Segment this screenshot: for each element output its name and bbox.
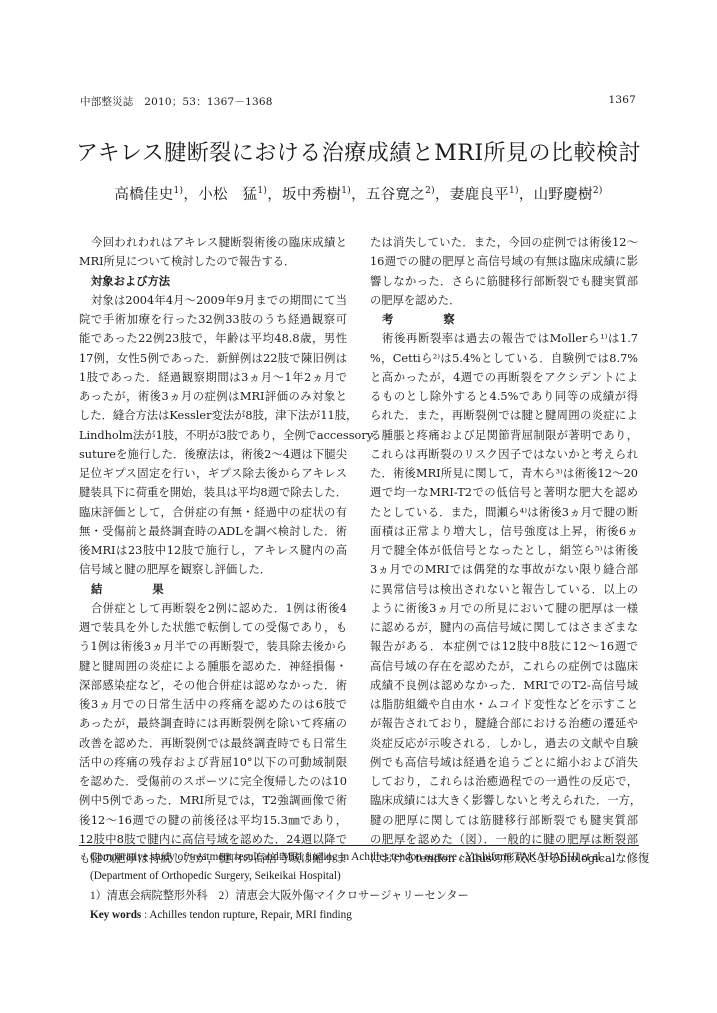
affiliation-marker: 2) (425, 186, 435, 196)
text-line: 臨床成績には大きく影響しないと考えられた．一方， (370, 791, 638, 810)
text-line: 能であった22例23肢で，年齢は平均48.8歳，男性 (79, 329, 347, 348)
text-line: 報告がある．本症例では12肢中8肢に12～16週で (370, 637, 638, 656)
results-continued-paragraph: たは消失していた．また，今回の症例では術後12～16週での腱の肥厚と高信号域の有… (370, 233, 638, 310)
section-heading-discussion: 考察 (370, 310, 638, 329)
methods-paragraph: 対象は2004年4月～2009年9月までの期間にて当院で手術加療を行った32例3… (79, 291, 347, 580)
text-line: 例中5例であった．MRI所見では，T2強調画像で術 (79, 791, 347, 810)
text-line: た．術後MRI所見に関して，青木ら³⁾は術後12～20 (370, 464, 638, 483)
author-name: 坂中秀樹 (282, 187, 341, 203)
text-line: 炎症反応が示唆される．しかし，過去の文献や自験 (370, 734, 638, 753)
text-line: 術後再断裂率は過去の報告ではMollerら¹⁾は1.7 (370, 329, 638, 348)
text-line: 無・受傷前と最終調査時のADLを調べ検討した．術 (79, 522, 347, 541)
running-head: 中部整災誌 2010；53：1367－1368 1367 (80, 94, 636, 109)
text-line: 面積は正常より増大し，信号強度は上昇，術後6ヵ (370, 522, 638, 541)
text-line: 腱と腱周囲の炎症による腫脹を認めた．神経損傷・ (79, 657, 347, 676)
text-line: 深部感染症など，その他合併症は認めなかった．術 (79, 676, 347, 695)
text-line: う1例は術後3ヵ月半での再断裂で，装具除去後から (79, 637, 347, 656)
text-line: 17例，女性5例であった．新鮮例は22肢で陳旧例は (79, 349, 347, 368)
author-separator: ， (519, 187, 534, 203)
journal-citation: 中部整災誌 2010；53：1367－1368 (80, 94, 273, 109)
section-heading-results: 結果 (79, 580, 347, 599)
discussion-paragraph: 術後再断裂率は過去の報告ではMollerら¹⁾は1.7%，Cettiら²⁾は5.… (370, 329, 638, 868)
text-line: 腱の肥厚に関しては筋腱移行部断裂でも腱実質部 (370, 811, 638, 830)
text-line: られた．また，再断裂例では腱と腱周囲の炎症によ (370, 406, 638, 425)
text-line: の肥厚を認めた（図）．一般的に腱の肥厚は断裂部 (370, 830, 638, 849)
article-title: アキレス腱断裂における治療成績とMRI所見の比較検討 (0, 136, 717, 167)
text-line: 後3ヵ月での日常生活中の疼痛を認めたのは6肢で (79, 695, 347, 714)
english-affiliation: (Department of Orthopedic Surgery, Seike… (90, 867, 647, 886)
page-number: 1367 (608, 94, 636, 109)
author-separator: ， (351, 187, 366, 203)
author-name: 小松 猛 (198, 187, 257, 203)
right-column: たは消失していた．また，今回の症例では術後12～16週での腱の肥厚と高信号域の有… (370, 233, 638, 868)
text-line: 対象は2004年4月～2009年9月までの期間にて当 (79, 291, 347, 310)
english-title: Comparative study of treatment result an… (90, 848, 647, 867)
text-line: る腫脹と疼痛および足関節背屈制限が著明であり， (370, 426, 638, 445)
heading-char-1: 結 (91, 583, 102, 596)
author-separator: ， (435, 187, 450, 203)
text-line: これらは再断裂のリスク因子ではないかと考えられ (370, 445, 638, 464)
text-line: 1肢であった．経過観察期間は3ヵ月～1年2ヵ月で (79, 368, 347, 387)
heading-char-2: 察 (443, 313, 454, 326)
text-line: 後12～16週での腱の前後径は平均15.3㎜であり， (79, 811, 347, 830)
author-separator: ， (183, 187, 198, 203)
text-line: ように術後3ヵ月での所見において腱の肥厚は一様 (370, 599, 638, 618)
author-name: 五谷寛之 (366, 187, 425, 203)
author-name: 山野慶樹 (534, 187, 593, 203)
text-line: 12肢中8肢で腱内に高信号域を認めた．24週以降で (79, 830, 347, 849)
text-line: 臨床評価として，合併症の有無・経過中の症状の有 (79, 503, 347, 522)
text-line: 週で均一なMRI-T2での低信号と著明な肥大を認め (370, 483, 638, 502)
affiliation-marker: 2) (593, 186, 603, 196)
affiliations: 1）清恵会病院整形外科 2）清恵会大阪外傷マイクロサージャリーセンター (90, 887, 647, 906)
text-line: sutureを施行した．後療法は，術後2～4週は下腿尖 (79, 445, 347, 464)
heading-text: 対象および方法 (91, 275, 170, 288)
text-line: 16週での腱の肥厚と高信号域の有無は臨床成績に影 (370, 252, 638, 271)
affiliation-marker: 1) (509, 186, 519, 196)
text-line: 活中の疼痛の残存および背屈10°以下の可動域制限 (79, 753, 347, 772)
text-line: MRI所見について検討したので報告する． (79, 252, 347, 271)
affiliation-marker: 1) (257, 186, 267, 196)
intro-paragraph: 今回われわれはアキレス腱断裂術後の臨床成績とMRI所見について検討したので報告す… (79, 233, 347, 272)
footer-divider (79, 845, 639, 846)
text-line: 3ヵ月でのMRIでは偶発的な事故がない限り縫合部 (370, 560, 638, 579)
text-line: %，Cettiら²⁾は5.4%としている．自験例では8.7% (370, 349, 638, 368)
author-list: 高橋佳史1)，小松 猛1)，坂中秀樹1)，五谷寛之2)，妻鹿良平1)，山野慶樹2… (0, 183, 717, 204)
keywords: : Achilles tendon rupture, Repair, MRI f… (141, 909, 352, 921)
text-line: 高信号域の存在を認めたが，これらの症例では臨床 (370, 657, 638, 676)
affiliation-marker: 1) (341, 186, 351, 196)
text-line: 後MRIは23肢中12肢で施行し，アキレス腱内の高 (79, 541, 347, 560)
section-heading-methods: 対象および方法 (79, 272, 347, 291)
heading-char-1: 考 (382, 313, 393, 326)
text-line: 改善を認めた．再断裂例では最終調査時でも日常生 (79, 734, 347, 753)
text-line: 例でも高信号域は経過を追うごとに縮小および消失 (370, 753, 638, 772)
results-paragraph: 合併症として再断裂を2例に認めた．1例は術後4週で装具を外した状態で転倒しての受… (79, 599, 347, 869)
text-line: 今回われわれはアキレス腱断裂術後の臨床成績と (79, 233, 347, 252)
text-line: しており，これらは治癒過程での一過性の反応で， (370, 772, 638, 791)
keywords-line: Key words : Achilles tendon rupture, Rep… (90, 906, 647, 925)
keywords-label: Key words (90, 909, 141, 921)
text-line: 月で腱全体が低信号となったとし，絹笠ら⁵⁾は術後 (370, 541, 638, 560)
text-line: 信号域と腱の肥厚を観察し評価した． (79, 560, 347, 579)
left-column: 今回われわれはアキレス腱断裂術後の臨床成績とMRI所見について検討したので報告す… (79, 233, 347, 868)
author-name: 妻鹿良平 (450, 187, 509, 203)
text-line: あったが，術後3ヵ月の症例はMRI評価のみ対象と (79, 387, 347, 406)
text-line: は脂肪組織や自由水・ムコイド変性などを示すこと (370, 695, 638, 714)
text-line: が報告されており，腱縫合部における治癒の遷延や (370, 714, 638, 733)
author-name: 高橋佳史 (114, 187, 173, 203)
text-line: 響しなかった．さらに筋腱移行部断裂でも腱実質部 (370, 272, 638, 291)
text-line: と高かったが，4週での再断裂をアクシデントによ (370, 368, 638, 387)
text-line: の肥厚を認めた． (370, 291, 638, 310)
footer-notes: Comparative study of treatment result an… (90, 848, 647, 925)
text-line: 院で手術加療を行った32例33肢のうち経過観察可 (79, 310, 347, 329)
text-line: 成績不良例は認めなかった．MRIでのT2-高信号域 (370, 676, 638, 695)
text-line: に異常信号は検出されないと報告している．以上の (370, 580, 638, 599)
text-line: 合併症として再断裂を2例に認めた．1例は術後4 (79, 599, 347, 618)
text-line: を認めた．受傷前のスポーツに完全復帰したのは10 (79, 772, 347, 791)
text-line: 腱装具下に荷重を開始，装具は平均8週で除去した． (79, 483, 347, 502)
text-line: Lindholm法が1肢，不明が3肢であり，全例でaccessory (79, 426, 347, 445)
text-line: あったが，最終調査時には再断裂例を除いて疼痛の (79, 714, 347, 733)
text-line: たとしている．また，間瀬ら⁴⁾は術後3ヵ月で腱の断 (370, 503, 638, 522)
text-line: 週で装具を外した状態で転倒しての受傷であり，も (79, 618, 347, 637)
affiliation-marker: 1) (174, 186, 184, 196)
text-line: した．縫合方法はKessler変法が8肢，津下法が11肢， (79, 406, 347, 425)
text-line: るものとし除外すると4.5%であり同等の成績が得 (370, 387, 638, 406)
author-separator: ， (267, 187, 282, 203)
heading-char-2: 果 (152, 583, 163, 596)
text-line: に認めるが，腱内の高信号域に関してはさまざまな (370, 618, 638, 637)
text-line: 足位ギプス固定を行い，ギプス除去後からアキレス (79, 464, 347, 483)
text-line: たは消失していた．また，今回の症例では術後12～ (370, 233, 638, 252)
